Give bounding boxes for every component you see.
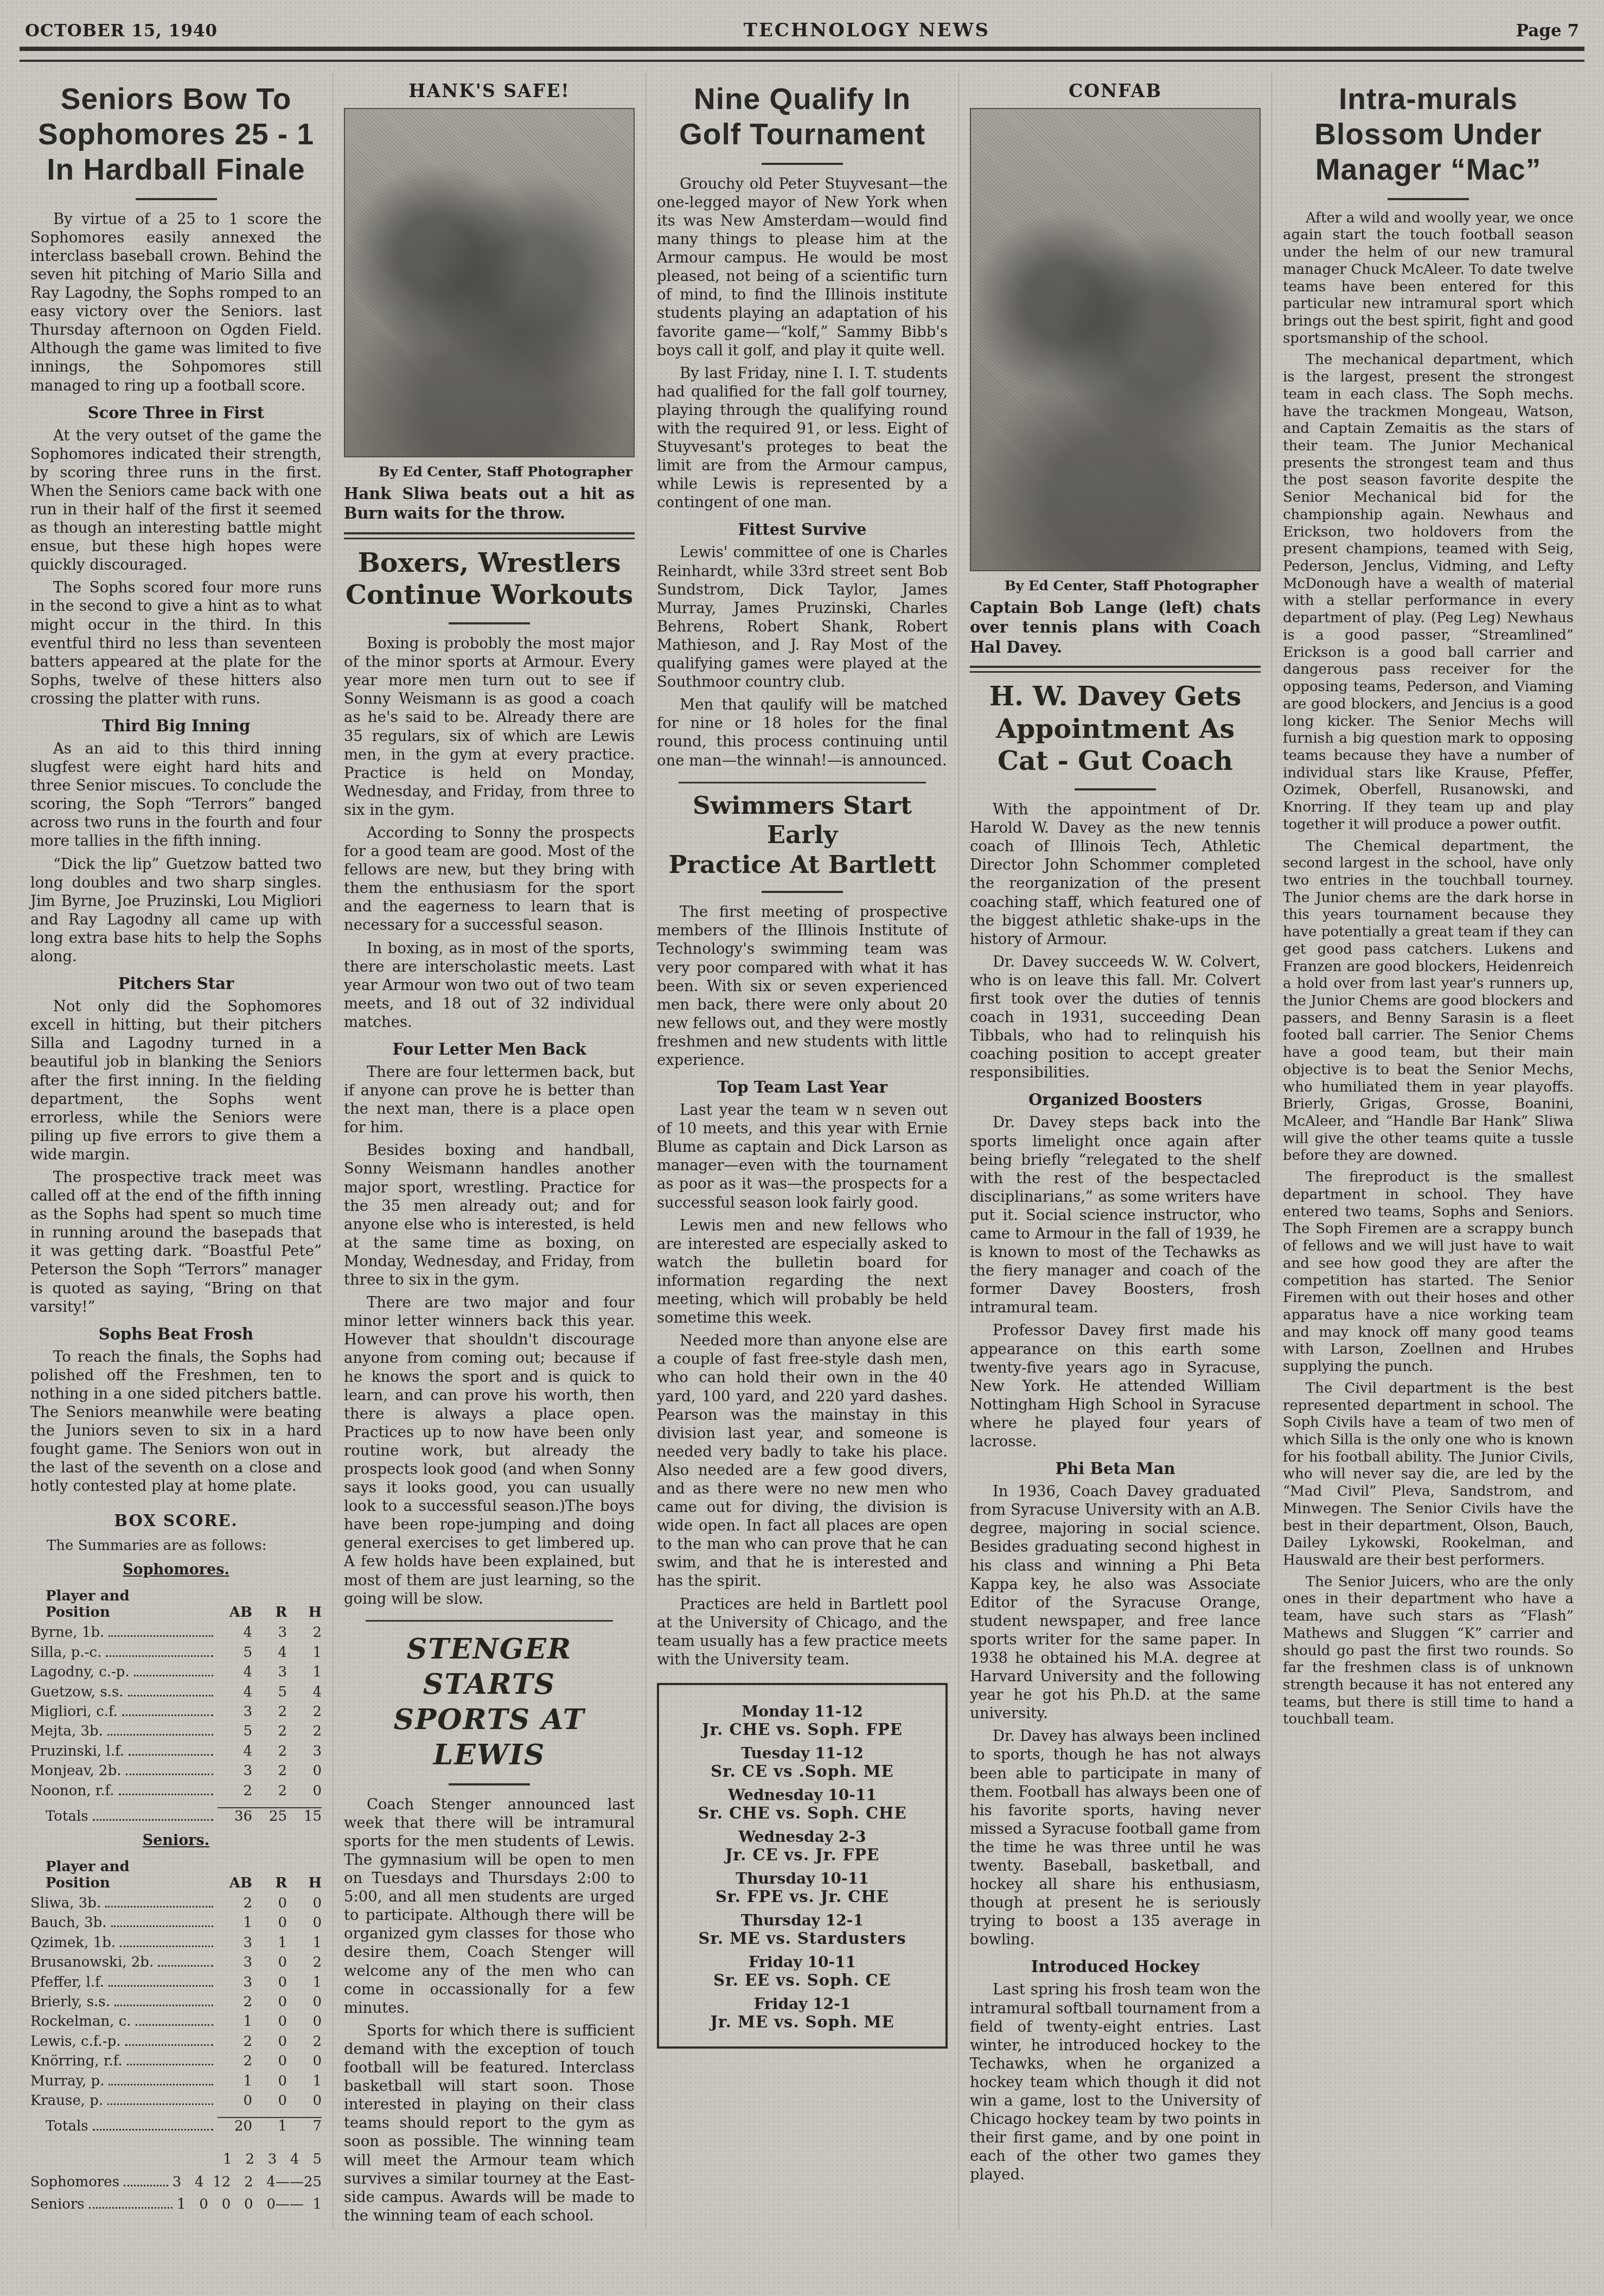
- article-headline-stenger: STENGER STARTS SPORTS AT LEWIS: [344, 1631, 635, 1772]
- photo-credit: By Ed Center, Staff Photographer: [970, 578, 1258, 594]
- hits: 0: [287, 2051, 322, 2071]
- article-headline-golf: Nine Qualify In Golf Tournament: [657, 81, 948, 152]
- at-bats: 5: [218, 1721, 252, 1741]
- dot-leader: [107, 2103, 213, 2105]
- dot-leader: [93, 1819, 213, 1821]
- hits: 2: [287, 1623, 322, 1642]
- article-paragraphs: With the appointment of Dr. Harold W. Da…: [970, 800, 1261, 1082]
- col-header-r: R: [252, 1875, 287, 1891]
- subhead-score-three: Score Three in First: [30, 404, 322, 422]
- photo-kicker-hanks-safe: HANK'S SAFE!: [344, 80, 635, 101]
- innings-runs: 3 4 12 2 4——25: [172, 2171, 322, 2194]
- paragraph: Practices are held in Bartlett pool at t…: [657, 1595, 948, 1669]
- col-header-h: H: [287, 1875, 322, 1891]
- dot-leader: [107, 1734, 213, 1736]
- section-paragraphs: As an aid to this third inning slugfest …: [30, 739, 322, 966]
- paragraph: The prospective track meet was called of…: [30, 1168, 322, 1316]
- at-bats: 2: [218, 1781, 252, 1801]
- subhead-sophs-beat-frosh: Sophs Beat Frosh: [30, 1325, 322, 1343]
- runs: 3: [252, 1662, 287, 1682]
- schedule-day-time: Monday 11-12: [663, 1702, 941, 1720]
- runs: 0: [252, 1973, 287, 1992]
- section-paragraphs: At the very outset of the game the Sopho…: [30, 426, 322, 708]
- paragraph: Dr. Davey steps back into the sports lim…: [970, 1113, 1261, 1317]
- col-header-ab: AB: [218, 1875, 252, 1891]
- subhead-top-team-last-year: Top Team Last Year: [657, 1078, 948, 1096]
- table-row: Rockelman, c. 1 0 0: [30, 2012, 322, 2031]
- runs: 3: [252, 1623, 287, 1642]
- schedule-matchup: Jr. CHE vs. Soph. FPE: [663, 1720, 941, 1739]
- hits: 0: [287, 1781, 322, 1801]
- article-headline-seniors-bow: Seniors Bow To Sophomores 25 - 1 In Hard…: [30, 81, 322, 187]
- hits: 0: [287, 2012, 322, 2031]
- totals-h: 7: [287, 2117, 322, 2134]
- runs: 1: [252, 1933, 287, 1953]
- photo-caption: Captain Bob Lange (left) chats over tenn…: [970, 598, 1261, 657]
- paragraph: In 1936, Coach Davey graduated from Syra…: [970, 1482, 1261, 1723]
- runs: 5: [252, 1682, 287, 1702]
- at-bats: 3: [218, 1973, 252, 1992]
- team-heading-seniors: Seniors.: [30, 1832, 322, 1849]
- runs: 2: [252, 1761, 287, 1781]
- runs: 2: [252, 1781, 287, 1801]
- table-row: Guetzow, s.s. 4 5 4: [30, 1682, 322, 1702]
- schedule-day-time: Friday 10-11: [663, 1953, 941, 1971]
- article-paragraphs: Grouchy old Peter Stuyvesant—the one-leg…: [657, 175, 948, 512]
- table-row: Silla, p.-c. 5 4 1: [30, 1643, 322, 1662]
- schedule-matchup: Jr. CE vs. Jr. FPE: [663, 1846, 941, 1864]
- hits: 2: [287, 1721, 322, 1741]
- col-header-h: H: [287, 1604, 322, 1621]
- totals-ab: 36: [218, 1807, 252, 1825]
- totals-label: Totals: [30, 1808, 88, 1825]
- hits: 3: [287, 1742, 322, 1761]
- section-paragraphs: Last spring his frosh team won the intra…: [970, 1980, 1261, 2184]
- dot-leader: [129, 1754, 213, 1756]
- table-row: Bauch, 3b. 1 0 0: [30, 1913, 322, 1933]
- seniors-table: Sliwa, 3b. 2 0 0 Bauch, 3b. 1 0 0: [30, 1893, 322, 2110]
- dot-leader: [108, 1635, 213, 1637]
- paragraph: By virtue of a 25 to 1 score the Sophomo…: [30, 210, 322, 395]
- hits: 2: [287, 1953, 322, 1972]
- schedule-item: Friday 10-11 Sr. EE vs. Soph. CE: [663, 1953, 941, 1989]
- schedule-matchup: Sr. CHE vs. Soph. CHE: [663, 1804, 941, 1822]
- runs: 4: [252, 1643, 287, 1662]
- table-row: Lagodny, c.-p. 4 3 1: [30, 1662, 322, 1682]
- hits: 1: [287, 1933, 322, 1953]
- schedule-list: Monday 11-12 Jr. CHE vs. Soph. FPE Tuesd…: [663, 1702, 941, 2031]
- schedule-day-time: Friday 12-1: [663, 1995, 941, 2013]
- paragraph: Last spring his frosh team won the intra…: [970, 1980, 1261, 2184]
- col-header-position: Position: [46, 1875, 110, 1891]
- schedule-day-time: Thursday 10-11: [663, 1870, 941, 1887]
- dot-leader: [119, 1794, 213, 1795]
- paragraph: With the appointment of Dr. Harold W. Da…: [970, 800, 1261, 948]
- paragraph: After a wild and woolly year, we once ag…: [1283, 210, 1574, 348]
- headline-divider: [449, 1783, 530, 1785]
- column-layout: Seniors Bow To Sophomores 25 - 1 In Hard…: [20, 73, 1584, 2229]
- dot-leader: [126, 1774, 213, 1775]
- line-score-sophomores: Sophomores 3 4 12 2 4——25: [30, 2171, 322, 2194]
- paragraph: Boxing is probobly the most major of the…: [344, 634, 635, 819]
- column-2: HANK'S SAFE! By Ed Center, Staff Photogr…: [333, 73, 646, 2229]
- table-row: Knörring, r.f. 2 0 0: [30, 2051, 322, 2071]
- runs: 0: [252, 2032, 287, 2051]
- subhead-organized-boosters: Organized Boosters: [970, 1090, 1261, 1109]
- hits: 2: [287, 2032, 322, 2051]
- player-name: Monjeav, 2b.: [30, 1761, 122, 1781]
- at-bats: 2: [218, 2051, 252, 2071]
- page-number: Page 7: [1516, 21, 1579, 41]
- paragraph: Lewis' committee of one is Charles Reinh…: [657, 543, 948, 691]
- runs: 0: [252, 2051, 287, 2071]
- paragraph: The fireproduct is the smallest departme…: [1283, 1169, 1574, 1376]
- hits: 0: [287, 1913, 322, 1933]
- col-header-r: R: [252, 1604, 287, 1621]
- dot-leader: [105, 1906, 213, 1908]
- article-headline-intramurals: Intra-murals Blossom Under Manager “Mac”: [1283, 81, 1574, 187]
- hits: 0: [287, 1992, 322, 2012]
- subhead-third-big-inning: Third Big Inning: [30, 717, 322, 735]
- headline-divider: [762, 163, 843, 165]
- col-header-player: Player and: [30, 1588, 322, 1604]
- hits: 1: [287, 1643, 322, 1662]
- box-score-note: The Summaries are as follows:: [30, 1538, 322, 1554]
- innings-runs: 1 0 0 0 0—— 1: [177, 2193, 322, 2216]
- hits: 1: [287, 1973, 322, 1992]
- schedule-item: Wednesday 2-3 Jr. CE vs. Jr. FPE: [663, 1828, 941, 1864]
- table-row: Krause, p. 0 0 0: [30, 2091, 322, 2110]
- table-row: Sliwa, 3b. 2 0 0: [30, 1893, 322, 1913]
- at-bats: 1: [218, 1913, 252, 1933]
- hits: 4: [287, 1682, 322, 1702]
- dot-leader: [122, 1714, 213, 1716]
- article-paragraphs: The first meeting of prospective members…: [657, 903, 948, 1069]
- paragraph: By last Friday, nine I. I. T. students h…: [657, 364, 948, 512]
- page-date: OCTOBER 15, 1940: [25, 21, 218, 41]
- hits: 1: [287, 2071, 322, 2091]
- section-paragraphs: Lewis' committee of one is Charles Reinh…: [657, 543, 948, 769]
- article-paragraphs: After a wild and woolly year, we once ag…: [1283, 210, 1574, 1729]
- paragraph: Needed more than anyone else are a coupl…: [657, 1331, 948, 1590]
- player-name: Krause, p.: [30, 2091, 103, 2110]
- runs: 2: [252, 1721, 287, 1741]
- at-bats: 3: [218, 1953, 252, 1972]
- schedule-matchup: Sr. CE vs .Soph. ME: [663, 1762, 941, 1781]
- paragraph: The Chemical department, the second larg…: [1283, 838, 1574, 1165]
- hits: 2: [287, 1702, 322, 1721]
- sophomores-totals-row: Totals 36 25 15: [30, 1807, 322, 1825]
- team-name: Sophomores: [30, 2171, 119, 2194]
- player-name: Guetzow, s.s.: [30, 1682, 124, 1702]
- section-paragraphs: Dr. Davey steps back into the sports lim…: [970, 1113, 1261, 1451]
- section-paragraphs: To reach the finals, the Sophs had polis…: [30, 1348, 322, 1496]
- totals-ab: 20: [218, 2117, 252, 2134]
- player-name: Silla, p.-c.: [30, 1643, 101, 1662]
- table-row: Migliori, c.f. 3 2 2: [30, 1702, 322, 1721]
- at-bats: 2: [218, 1992, 252, 2012]
- table-row: Brierly, s.s. 2 0 0: [30, 1992, 322, 2012]
- table-row: Pfeffer, l.f. 3 0 1: [30, 1973, 322, 1992]
- col-header-player: Player and: [30, 1859, 322, 1875]
- schedule-box: Monday 11-12 Jr. CHE vs. Soph. FPE Tuesd…: [657, 1683, 948, 2049]
- table-row: Brusanowski, 2b. 3 0 2: [30, 1953, 322, 1972]
- photo-kicker-confab: CONFAB: [970, 80, 1261, 101]
- dot-leader: [114, 2005, 213, 2006]
- dot-leader: [93, 2129, 213, 2131]
- section-rule: [970, 666, 1261, 673]
- headline-divider: [762, 891, 843, 893]
- dot-leader: [127, 2064, 213, 2065]
- table-row: Byrne, 1b. 4 3 2: [30, 1623, 322, 1642]
- dot-leader: [108, 1985, 213, 1987]
- section-paragraphs: Last year the team w n seven out of 10 m…: [657, 1101, 948, 1669]
- line-score: 1 2 3 4 5 Sophomores 3 4 12 2 4——25 Seni…: [30, 2148, 322, 2216]
- schedule-matchup: Sr. FPE vs. Jr. CHE: [663, 1887, 941, 1906]
- paragraph: In boxing, as in most of the sports, the…: [344, 939, 635, 1031]
- at-bats: 4: [218, 1742, 252, 1761]
- subhead-four-letter-men: Four Letter Men Back: [344, 1040, 635, 1058]
- section-rule: [366, 1620, 613, 1622]
- dot-leader: [136, 2024, 213, 2026]
- article-headline-davey: H. W. Davey Gets Appointment As Cat - Gu…: [970, 680, 1261, 777]
- at-bats: 3: [218, 1761, 252, 1781]
- header-rule: [20, 47, 1584, 62]
- schedule-day-time: Thursday 12-1: [663, 1911, 941, 1929]
- totals-r: 1: [252, 2117, 287, 2134]
- runs: 0: [252, 1992, 287, 2012]
- schedule-item: Tuesday 11-12 Sr. CE vs .Soph. ME: [663, 1744, 941, 1781]
- table-row: Mejta, 3b. 5 2 2: [30, 1721, 322, 1741]
- totals-label: Totals: [30, 2118, 88, 2134]
- tennis-confab-photo: [970, 108, 1261, 571]
- paragraph: There are four lettermen back, but if an…: [344, 1063, 635, 1137]
- player-name: Byrne, 1b.: [30, 1623, 104, 1642]
- team-name: Seniors: [30, 2193, 85, 2216]
- line-score-header: 1 2 3 4 5: [30, 2148, 322, 2171]
- at-bats: 1: [218, 2071, 252, 2091]
- runs: 2: [252, 1702, 287, 1721]
- runs: 2: [252, 1742, 287, 1761]
- runs: 0: [252, 1893, 287, 1913]
- headline-divider: [449, 622, 530, 624]
- paragraph: Sports for which there is sufficient dem…: [344, 2021, 635, 2225]
- player-name: Brusanowski, 2b.: [30, 1953, 154, 1972]
- paragraph: Lewis men and new fellows who are intere…: [657, 1216, 948, 1328]
- paragraph: The first meeting of prospective members…: [657, 903, 948, 1069]
- paragraph: Professor Davey first made his appearanc…: [970, 1321, 1261, 1451]
- paragraph: Besides boxing and handball, Sonny Weism…: [344, 1141, 635, 1289]
- baseball-action-photo: [344, 108, 635, 457]
- col-header-position: Position: [46, 1604, 110, 1621]
- paragraph: The Civil department is the best represe…: [1283, 1380, 1574, 1570]
- schedule-day-time: Tuesday 11-12: [663, 1744, 941, 1762]
- player-name: Migliori, c.f.: [30, 1702, 118, 1721]
- schedule-item: Wednesday 10-11 Sr. CHE vs. Soph. CHE: [663, 1786, 941, 1822]
- at-bats: 4: [218, 1623, 252, 1642]
- hits: 0: [287, 1893, 322, 1913]
- paragraph: Dr. Davey succeeds W. W. Colvert, who is…: [970, 953, 1261, 1082]
- article-paragraphs: Coach Stenger announced last week that t…: [344, 1795, 635, 2225]
- player-name: Sliwa, 3b.: [30, 1893, 101, 1913]
- runs: 0: [252, 2091, 287, 2110]
- headline-divider: [1075, 788, 1156, 790]
- player-name: Qzimek, 1b.: [30, 1933, 116, 1953]
- subhead-introduced-hockey: Introduced Hockey: [970, 1957, 1261, 1976]
- table-row: Monjeav, 2b. 3 2 0: [30, 1761, 322, 1781]
- dot-leader: [89, 2207, 172, 2209]
- section-rule: [679, 782, 926, 783]
- headline-divider: [1388, 198, 1469, 200]
- article-headline-swimmers: Swimmers Start Early Practice At Bartlet…: [657, 791, 948, 881]
- at-bats: 3: [218, 1702, 252, 1721]
- paragraph: Coach Stenger announced last week that t…: [344, 1795, 635, 2017]
- player-name: Bauch, 3b.: [30, 1913, 107, 1933]
- player-name: Mejta, 3b.: [30, 1721, 103, 1741]
- paragraph: As an aid to this third inning slugfest …: [30, 739, 322, 851]
- player-name: Brierly, s.s.: [30, 1992, 110, 2012]
- table-row: Lewis, c.f.-p. 2 0 2: [30, 2032, 322, 2051]
- player-name: Lagodny, c.-p.: [30, 1662, 130, 1682]
- masthead-title: TECHNOLOGY NEWS: [744, 20, 990, 41]
- section-paragraphs: There are four lettermen back, but if an…: [344, 1063, 635, 1608]
- player-name: Knörring, r.f.: [30, 2051, 123, 2071]
- innings-header: 1 2 3 4 5: [223, 2148, 322, 2171]
- dot-leader: [124, 2185, 168, 2186]
- table-column-headers: Player and Position AB R H: [30, 1588, 322, 1621]
- at-bats: 4: [218, 1662, 252, 1682]
- schedule-matchup: Jr. ME vs. Soph. ME: [663, 2013, 941, 2031]
- paragraph: To reach the finals, the Sophs had polis…: [30, 1348, 322, 1496]
- paragraph: At the very outset of the game the Sopho…: [30, 426, 322, 575]
- line-score-seniors: Seniors 1 0 0 0 0—— 1: [30, 2193, 322, 2216]
- schedule-item: Thursday 12-1 Sr. ME vs. Stardusters: [663, 1911, 941, 1948]
- seniors-totals-row: Totals 20 1 7: [30, 2117, 322, 2134]
- schedule-matchup: Sr. ME vs. Stardusters: [663, 1929, 941, 1948]
- at-bats: 0: [218, 2091, 252, 2110]
- runs: 0: [252, 1953, 287, 1972]
- at-bats: 4: [218, 1682, 252, 1702]
- schedule-item: Monday 11-12 Jr. CHE vs. Soph. FPE: [663, 1702, 941, 1739]
- subhead-fittest-survive: Fittest Survive: [657, 520, 948, 539]
- schedule-matchup: Sr. EE vs. Soph. CE: [663, 1971, 941, 1989]
- column-3: Nine Qualify In Golf Tournament Grouchy …: [646, 73, 958, 2229]
- table-column-headers: Player and Position AB R H: [30, 1859, 322, 1891]
- photo-caption: Hank Sliwa beats out a hit as Burn waits…: [344, 484, 635, 524]
- schedule-day-time: Wednesday 10-11: [663, 1786, 941, 1804]
- runs: 0: [252, 1913, 287, 1933]
- table-row: Noonon, r.f. 2 2 0: [30, 1781, 322, 1801]
- subhead-phi-beta-man: Phi Beta Man: [970, 1459, 1261, 1478]
- paragraph: Last year the team w n seven out of 10 m…: [657, 1101, 948, 1212]
- dot-leader: [106, 1655, 213, 1657]
- column-4: CONFAB By Ed Center, Staff Photographer …: [958, 73, 1271, 2229]
- table-row: Pruzinski, l.f. 4 2 3: [30, 1742, 322, 1761]
- dot-leader: [158, 1965, 213, 1967]
- hits: 0: [287, 1761, 322, 1781]
- hits: 0: [287, 2091, 322, 2110]
- at-bats: 2: [218, 2032, 252, 2051]
- newspaper-page: OCTOBER 15, 1940 TECHNOLOGY NEWS Page 7 …: [0, 0, 1604, 2296]
- player-name: Pfeffer, l.f.: [30, 1973, 104, 1992]
- team-heading-sophomores: Sophomores.: [30, 1561, 322, 1578]
- paragraph: There are two major and four minor lette…: [344, 1293, 635, 1608]
- paragraph: Men that qaulify will be matched for nin…: [657, 696, 948, 769]
- at-bats: 3: [218, 1933, 252, 1953]
- box-score-title: BOX SCORE.: [30, 1511, 322, 1530]
- dot-leader: [128, 1695, 213, 1697]
- sophomores-table: Byrne, 1b. 4 3 2 Silla, p.-c. 5 4 1: [30, 1623, 322, 1801]
- col-header-ab: AB: [218, 1604, 252, 1621]
- player-name: Lewis, c.f.-p.: [30, 2032, 121, 2051]
- schedule-item: Friday 12-1 Jr. ME vs. Soph. ME: [663, 1995, 941, 2031]
- table-row: Qzimek, 1b. 3 1 1: [30, 1933, 322, 1953]
- at-bats: 5: [218, 1643, 252, 1662]
- section-rule: [344, 532, 635, 539]
- dot-leader: [120, 1946, 213, 1947]
- paragraph: According to Sonny the prospects for a g…: [344, 824, 635, 935]
- paragraph: The mechanical department, which is the …: [1283, 352, 1574, 833]
- page-header: OCTOBER 15, 1940 TECHNOLOGY NEWS Page 7: [20, 15, 1584, 47]
- player-name: Pruzinski, l.f.: [30, 1742, 124, 1761]
- schedule-item: Thursday 10-11 Sr. FPE vs. Jr. CHE: [663, 1870, 941, 1906]
- runs: 0: [252, 2012, 287, 2031]
- player-name: Noonon, r.f.: [30, 1781, 114, 1801]
- intro-paragraphs: By virtue of a 25 to 1 score the Sophomo…: [30, 210, 322, 395]
- player-name: Rockelman, c.: [30, 2012, 131, 2031]
- totals-h: 15: [287, 1807, 322, 1825]
- runs: 0: [252, 2071, 287, 2091]
- article-headline-boxers-wrestlers: Boxers, Wrestlers Continue Workouts: [344, 547, 635, 612]
- section-paragraphs: Not only did the Sophomores excell in hi…: [30, 997, 322, 1316]
- subhead-pitchers-star: Pitchers Star: [30, 974, 322, 993]
- dot-leader: [108, 2084, 213, 2085]
- at-bats: 1: [218, 2012, 252, 2031]
- dot-leader: [134, 1675, 213, 1676]
- dot-leader: [125, 2044, 213, 2046]
- article-paragraphs: Boxing is probobly the most major of the…: [344, 634, 635, 1031]
- paragraph: Grouchy old Peter Stuyvesant—the one-leg…: [657, 175, 948, 360]
- paragraph: Not only did the Sophomores excell in hi…: [30, 997, 322, 1164]
- paragraph: Dr. Davey has always been inclined to sp…: [970, 1727, 1261, 1949]
- player-name: Murray, p.: [30, 2071, 104, 2091]
- paragraph: “Dick the lip” Guetzow batted two long d…: [30, 855, 322, 966]
- column-1: Seniors Bow To Sophomores 25 - 1 In Hard…: [20, 73, 333, 2229]
- box-score: BOX SCORE. The Summaries are as follows:…: [30, 1511, 322, 2216]
- section-paragraphs: In 1936, Coach Davey graduated from Syra…: [970, 1482, 1261, 1949]
- paragraph: The Sophs scored four more runs in the s…: [30, 578, 322, 708]
- table-row: Murray, p. 1 0 1: [30, 2071, 322, 2091]
- hits: 1: [287, 1662, 322, 1682]
- headline-divider: [136, 198, 217, 200]
- photo-credit: By Ed Center, Staff Photographer: [344, 464, 632, 480]
- at-bats: 2: [218, 1893, 252, 1913]
- dot-leader: [111, 1925, 213, 1927]
- totals-r: 25: [252, 1807, 287, 1825]
- schedule-day-time: Wednesday 2-3: [663, 1828, 941, 1846]
- paragraph: The Senior Juicers, who are the only one…: [1283, 1574, 1574, 1729]
- column-5: Intra-murals Blossom Under Manager “Mac”…: [1271, 73, 1584, 2229]
